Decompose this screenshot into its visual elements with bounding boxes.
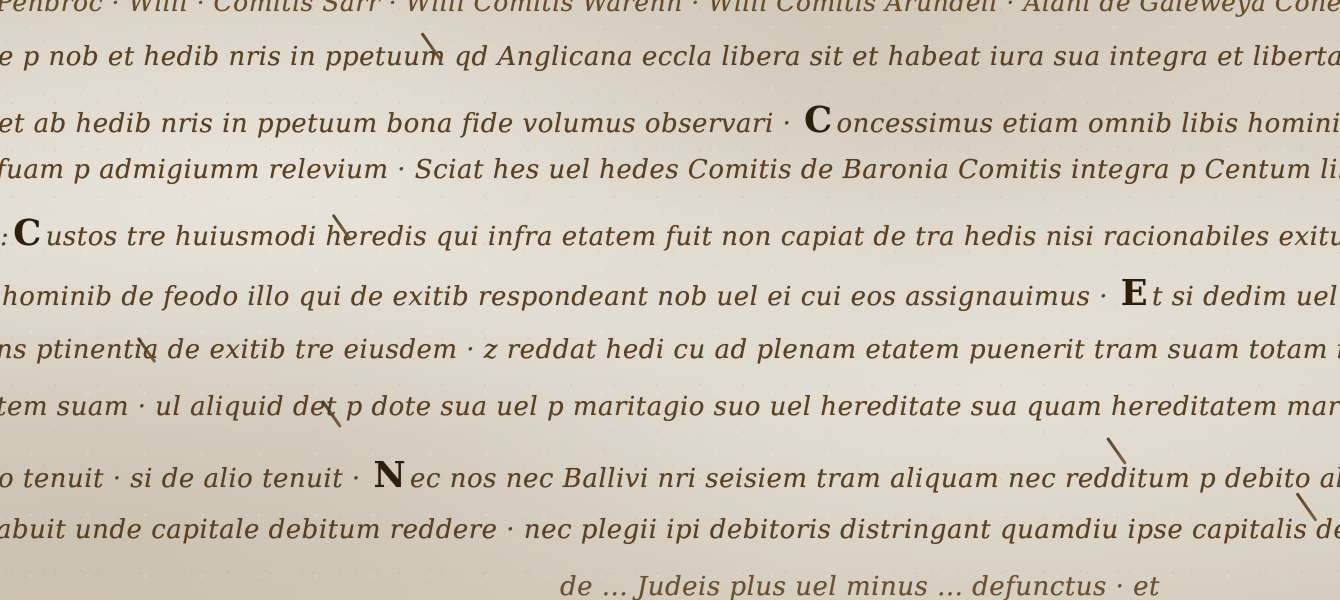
line-8-text: o tenuit · si de alio tenuit ·: [0, 464, 361, 494]
line-9-text: abuit unde capitale debitum reddere · ne…: [0, 515, 1340, 545]
line-2-continuation: oncessimus etiam omnib libis hominib Re: [837, 109, 1340, 139]
line-5-text: hominib de feodo illo qui de exitib resp…: [2, 282, 1108, 312]
line-4-text: :: [0, 222, 9, 252]
manuscript-line-8: o tenuit · si de alio tenuit · Nec nos n…: [0, 455, 1340, 496]
manuscript-line-10: de ... Judeis plus uel minus ... defunct…: [560, 572, 1160, 600]
drop-cap-e: E: [1121, 273, 1148, 314]
drop-cap-c: C: [13, 213, 41, 254]
manuscript-line-7: tem suam · ul aliquid det p dote sua uel…: [0, 392, 1340, 422]
manuscript-line-9: abuit unde capitale debitum reddere · ne…: [0, 515, 1340, 545]
drop-cap-n: N: [373, 455, 406, 496]
line-5-continuation: t si dedim uel uendidimu: [1152, 282, 1340, 312]
manuscript-line-5: hominib de feodo illo qui de exitib resp…: [2, 273, 1340, 314]
drop-cap-c: C: [804, 100, 832, 141]
manuscript-line-0: Penbroc · Willi · Comitis Sarr · Willi C…: [0, 0, 1340, 17]
manuscript-line-2: et ab hedib nris in ppetuum bona fide vo…: [0, 100, 1340, 141]
manuscript-page: Penbroc · Willi · Comitis Sarr · Willi C…: [0, 0, 1340, 600]
manuscript-line-4: :Custos tre huiusmodi heredis qui infra …: [0, 213, 1340, 254]
manuscript-line-1: e p nob et hedib nris in ppetuum qd Angl…: [0, 42, 1340, 72]
line-4-continuation: ustos tre huiusmodi heredis qui infra et…: [46, 222, 1340, 252]
line-8-continuation: ec nos nec Ballivi nri seisiem tram aliq…: [410, 464, 1340, 494]
manuscript-line-3: fuam p admigiumm relevium · Sciat hes ue…: [0, 155, 1340, 185]
line-2-text: et ab hedib nris in ppetuum bona fide vo…: [0, 109, 791, 139]
manuscript-line-6: ns ptinentia de exitib tre eiusdem · z r…: [0, 335, 1340, 365]
